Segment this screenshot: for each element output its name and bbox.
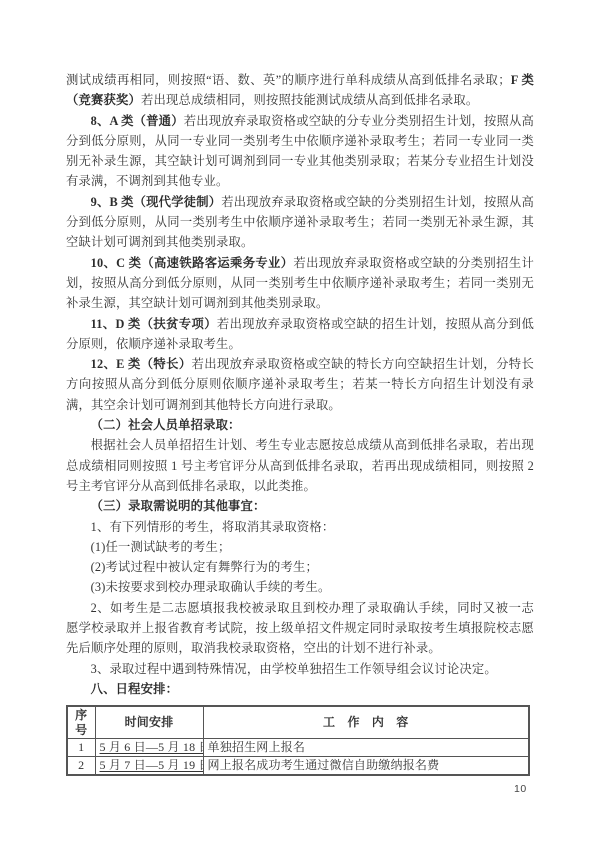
paragraph-disqualification-1: (1)任一测试缺考的考生； [66,537,534,557]
schedule-table: 序号 时间安排 工 作 内 容 15 月 6 日—5 月 18 日单独招生网上报… [66,705,530,776]
bold-run: 9、B 类（现代学徒制） [91,195,222,209]
text-run: 1、有下列情形的考生，将取消其录取资格： [91,520,335,534]
column-header-time: 时间安排 [95,706,203,739]
document-body: 测试成绩再相同，则按照“语、数、英”的顺序进行单科成绩从高到低排名录取；F 类（… [66,70,534,699]
paragraph-disqualification-intro: 1、有下列情形的考生，将取消其录取资格： [66,517,534,537]
schedule-date-range: 5 月 7 日—5 月 19 日上 [100,758,204,772]
page-number: 10 [514,783,527,795]
section-heading-social-enrollment: （二）社会人员单招录取： [66,415,534,435]
text-run: (3)未按要求到校办理录取确认手续的考生。 [91,580,331,594]
paragraph-second-choice-rule: 2、如考生是二志愿填报我校被录取且到校办理了录取确认手续，同时又被一志愿学校录取… [66,598,534,659]
paragraph-tiebreak-f: 测试成绩再相同，则按照“语、数、英”的顺序进行单科成绩从高到低排名录取；F 类（… [66,70,534,111]
text-run: 测试成绩再相同，则按照“语、数、英”的顺序进行单科成绩从高到低排名录取； [66,73,511,87]
schedule-work-cell: 单独招生网上报名 [203,739,529,757]
bold-run: 12、E 类（特长） [91,357,192,371]
text-run: 若出现总成绩相同，则按照技能测试成绩从高到低排名录取。 [141,93,478,107]
column-header-work: 工 作 内 容 [203,706,529,739]
bold-run: 10、C 类（高速铁路客运乘务专业） [91,256,294,270]
bold-run: 8、A 类（普通） [91,114,184,128]
paragraph-11-class-d: 11、D 类（扶贫专项）若出现放弃录取资格或空缺的招生计划，按照从高分到低分原则… [66,314,534,355]
section-heading-other-matters: （三）录取需说明的其他事宜： [66,496,534,516]
document-content: 测试成绩再相同，则按照“语、数、英”的顺序进行单科成绩从高到低排名录取；F 类（… [66,70,534,776]
document-page: 测试成绩再相同，则按照“语、数、英”的顺序进行单科成绩从高到低排名录取；F 类（… [0,0,600,848]
paragraph-8-class-a: 8、A 类（普通）若出现放弃录取资格或空缺的分专业分类别招生计划，按照从高分到低… [66,111,534,192]
text-run: 3、录取过程中遇到特殊情况，由学校单独招生工作领导组会议讨论决定。 [91,662,497,676]
paragraph-10-class-c: 10、C 类（高速铁路客运乘务专业）若出现放弃录取资格或空缺的分类别招生计划，按… [66,253,534,314]
section-heading-schedule: 八、日程安排： [66,679,534,699]
bold-run: 11、D 类（扶贫专项） [91,317,217,331]
paragraph-special-cases: 3、录取过程中遇到特殊情况，由学校单独招生工作领导组会议讨论决定。 [66,659,534,679]
bold-run: （二）社会人员单招录取： [91,418,241,432]
text-run: 2、如考生是二志愿填报我校被录取且到校办理了录取确认手续，同时又被一志愿学校录取… [66,601,534,656]
schedule-header-row: 序号 时间安排 工 作 内 容 [67,706,529,739]
paragraph-9-class-b: 9、B 类（现代学徒制）若出现放弃录取资格或空缺的分类别招生计划，按照从高分到低… [66,192,534,253]
paragraph-disqualification-3: (3)未按要求到校办理录取确认手续的考生。 [66,577,534,597]
table-row: 15 月 6 日—5 月 18 日单独招生网上报名 [67,739,529,757]
schedule-time-cell: 5 月 6 日—5 月 18 日 [95,739,203,757]
bold-run: （三）录取需说明的其他事宜： [91,499,266,513]
schedule-row-number: 2 [67,757,95,776]
text-run: 根据社会人员单招招生计划、考生专业志愿按总成绩从高到低排名录取，若出现总成绩相同… [66,438,534,493]
bold-run: 八、日程安排： [91,682,178,696]
table-row: 25 月 7 日—5 月 19 日上网上报名成功考生通过微信自助缴纳报名费 [67,757,529,776]
schedule-time-cell: 5 月 7 日—5 月 19 日上 [95,757,203,776]
column-header-no: 序号 [67,706,95,739]
paragraph-disqualification-2: (2)考试过程中被认定有舞弊行为的考生； [66,557,534,577]
text-run: (1)任一测试缺考的考生； [91,540,231,554]
schedule-work-cell: 网上报名成功考生通过微信自助缴纳报名费 [203,757,529,776]
paragraph-12-class-e: 12、E 类（特长）若出现放弃录取资格或空缺的特长方向空缺招生计划，分特长方向按… [66,354,534,415]
schedule-row-number: 1 [67,739,95,757]
schedule-table-body: 15 月 6 日—5 月 18 日单独招生网上报名25 月 7 日—5 月 19… [67,739,529,776]
paragraph-social-enrollment-rule: 根据社会人员单招招生计划、考生专业志愿按总成绩从高到低排名录取，若出现总成绩相同… [66,435,534,496]
schedule-date-range: 5 月 6 日—5 月 18 日 [100,740,204,754]
text-run: (2)考试过程中被认定有舞弊行为的考生； [91,560,318,574]
